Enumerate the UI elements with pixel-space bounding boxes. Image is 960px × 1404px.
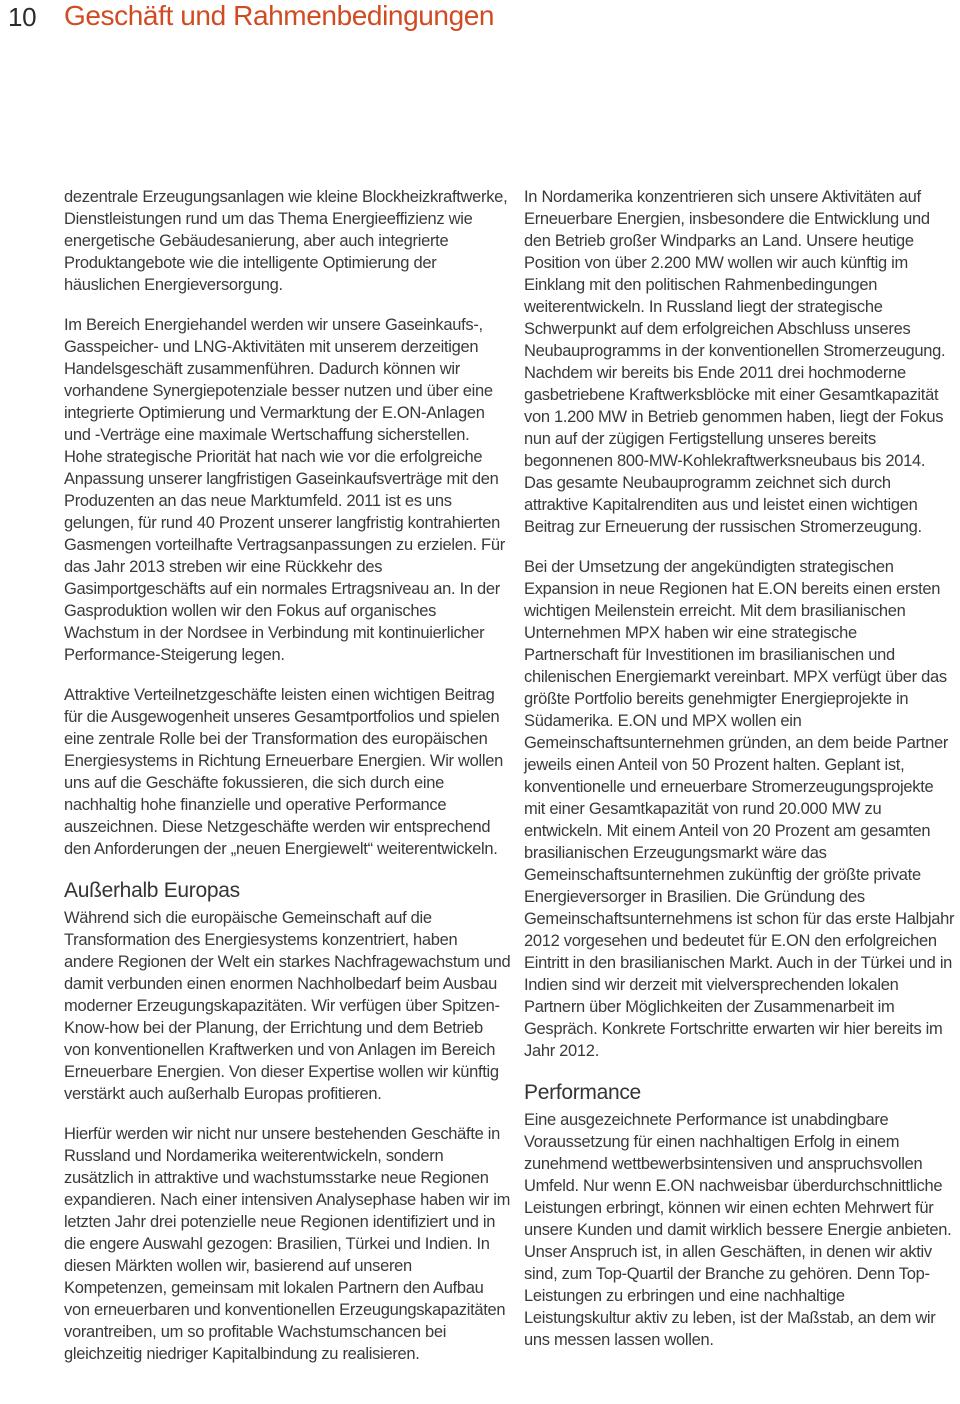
left-paragraph-2: Im Bereich Energiehandel werden wir unse…: [64, 314, 511, 666]
right-paragraph-3: Eine ausgezeichnete Performance ist unab…: [524, 1109, 955, 1351]
page-number: 10: [8, 2, 36, 32]
section-heading-performance: Performance: [524, 1080, 955, 1106]
right-paragraph-2: Bei der Umsetzung der angekündigten stra…: [524, 556, 955, 1062]
report-page: 10 Geschäft und Rahmenbedingungen dezent…: [0, 0, 960, 1404]
page-title: Geschäft und Rahmenbedingungen: [64, 0, 494, 32]
right-paragraph-1: In Nordamerika konzentrieren sich unsere…: [524, 186, 955, 538]
right-column: In Nordamerika konzentrieren sich unsere…: [524, 186, 955, 1351]
left-column: dezentrale Erzeugungsanlagen wie kleine …: [64, 186, 511, 1365]
left-paragraph-4: Während sich die europäische Gemeinschaf…: [64, 907, 511, 1105]
left-paragraph-5: Hierfür werden wir nicht nur unsere best…: [64, 1123, 511, 1365]
page-header: 10 Geschäft und Rahmenbedingungen: [0, 0, 960, 34]
left-paragraph-3: Attraktive Verteilnetzgeschäfte leisten …: [64, 684, 511, 860]
section-heading-ausserhalb-europas: Außerhalb Europas: [64, 878, 511, 904]
left-paragraph-1: dezentrale Erzeugungsanlagen wie kleine …: [64, 186, 511, 296]
